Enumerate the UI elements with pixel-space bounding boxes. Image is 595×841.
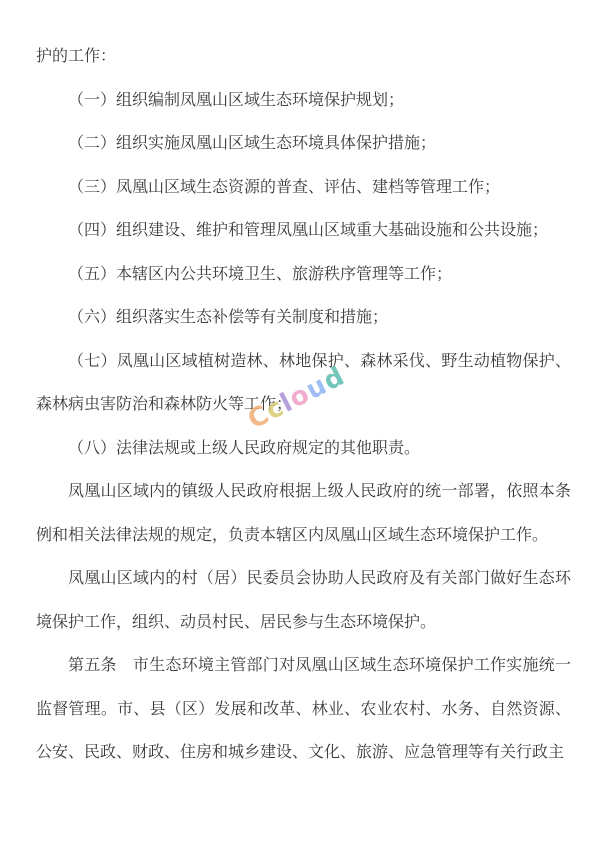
paragraph: （三）凤凰山区域生态资源的普查、评估、建档等管理工作； xyxy=(36,166,571,210)
paragraph: 凤凰山区域内的镇级人民政府根据上级人民政府的统一部署，依照本条例和相关法律法规的… xyxy=(36,470,571,557)
paragraph: （四）组织建设、维护和管理凤凰山区域重大基础设施和公共设施； xyxy=(36,209,571,253)
paragraph: （八）法律法规或上级人民政府规定的其他职责。 xyxy=(36,427,571,471)
document-body: 护的工作：（一）组织编制凤凰山区域生态环境保护规划；（二）组织实施凤凰山区域生态… xyxy=(36,35,571,775)
paragraph: 第五条 市生态环境主管部门对凤凰山区域生态环境保护工作实施统一监督管理。市、县（… xyxy=(36,644,571,775)
paragraph: （二）组织实施凤凰山区域生态环境具体保护措施； xyxy=(36,122,571,166)
paragraph: 凤凰山区域内的村（居）民委员会协助人民政府及有关部门做好生态环境保护工作，组织、… xyxy=(36,557,571,644)
paragraph: 护的工作： xyxy=(36,35,571,79)
paragraph: （六）组织落实生态补偿等有关制度和措施； xyxy=(36,296,571,340)
paragraph: （七）凤凰山区域植树造林、林地保护、森林采伐、野生动植物保护、森林病虫害防治和森… xyxy=(36,340,571,427)
document-page: 护的工作：（一）组织编制凤凰山区域生态环境保护规划；（二）组织实施凤凰山区域生态… xyxy=(0,0,595,841)
paragraph: （五）本辖区内公共环境卫生、旅游秩序管理等工作； xyxy=(36,253,571,297)
paragraph: （一）组织编制凤凰山区域生态环境保护规划； xyxy=(36,79,571,123)
